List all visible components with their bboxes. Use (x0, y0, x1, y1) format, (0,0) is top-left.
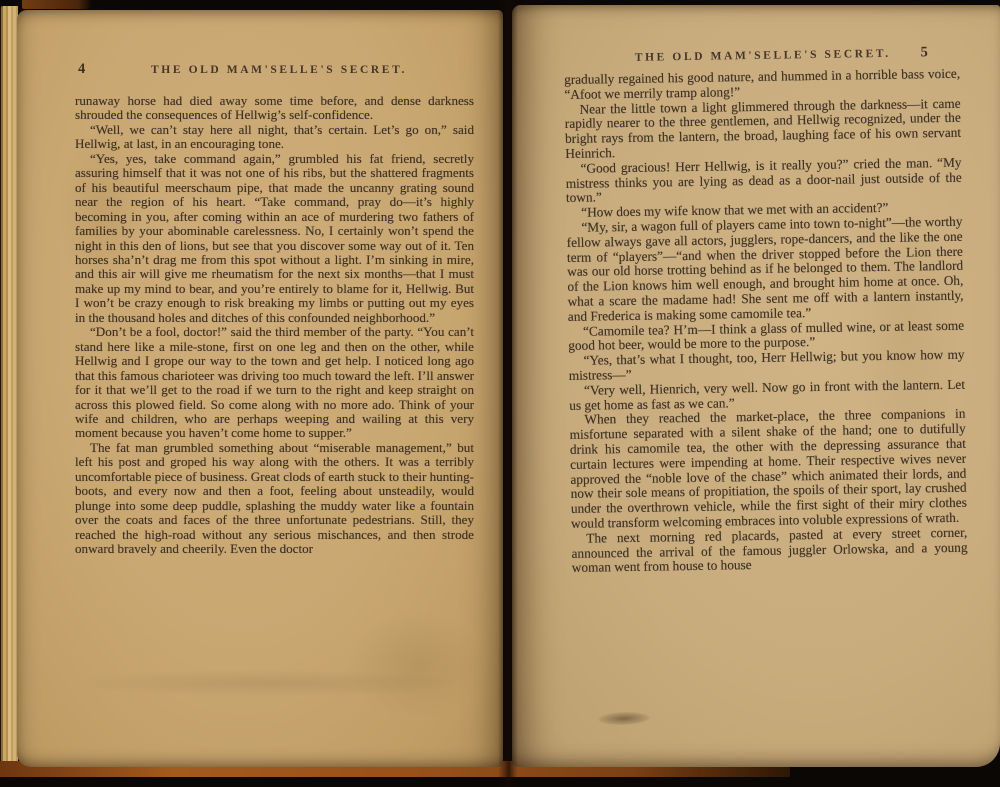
left-page: 4 THE OLD MAM'SELLE'S SECRET. runaway ho… (17, 10, 503, 767)
book-gutter-shadow (498, 0, 518, 787)
paragraph: “My, sir, a wagon full of players came i… (566, 215, 964, 325)
right-page-text: gradually regained his good nature, and … (564, 67, 968, 576)
book-scan: 4 THE OLD MAM'SELLE'S SECRET. runaway ho… (0, 0, 1000, 787)
paragraph: “Yes, yes, take command again,” grumbled… (75, 152, 474, 325)
paragraph: When they reached the market-place, the … (569, 407, 967, 532)
paragraph: Near the little town a light glimmered t… (564, 96, 961, 161)
book-cover-corner (22, 0, 92, 9)
left-page-text: runaway horse had died away some time be… (75, 94, 474, 557)
right-page: 5 THE OLD MAM'SELLE'S SECRET. gradually … (512, 5, 1000, 767)
paragraph: The next morning red placards, pasted at… (571, 525, 968, 576)
running-head-left: THE OLD MAM'SELLE'S SECRET. (77, 64, 481, 76)
paragraph: The fat man grumbled something about “mi… (75, 441, 474, 557)
paragraph: “Don’t be a fool, doctor!” said the thir… (75, 325, 474, 441)
paragraph: “Good gracious! Herr Hellwig, is it real… (565, 155, 962, 206)
paragraph: “Well, we can’t stay here all night, tha… (75, 123, 474, 152)
running-head-right: THE OLD MAM'SELLE'S SECRET. (592, 47, 934, 64)
paragraph: runaway horse had died away some time be… (75, 94, 474, 123)
page-stack-edge (0, 6, 18, 768)
